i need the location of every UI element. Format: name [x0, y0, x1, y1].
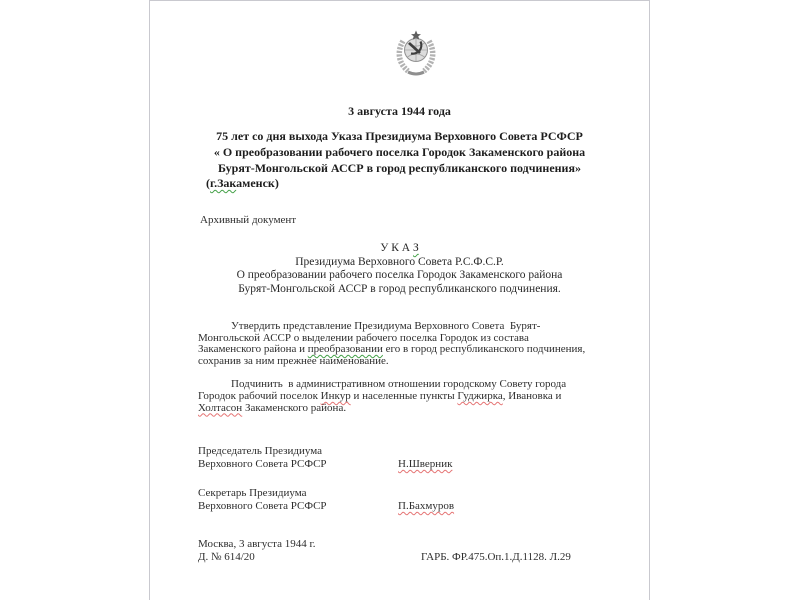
anniversary-line-2: « О преобразовании рабочего поселка Горо…	[150, 144, 649, 160]
body-line: Холтасон Закаменского района.	[198, 403, 638, 415]
spellcheck-marked-word: Гуджирка	[457, 390, 502, 402]
anniversary-line-1: 75 лет со дня выхода Указа Президиума Ве…	[150, 128, 649, 144]
body-text-segment: Городок рабочий поселок	[198, 390, 321, 402]
anniversary-line-3: Бурят-Монгольской АССР в город республик…	[150, 160, 649, 176]
footer-second-row: Д. № 614/20ГАРБ. ФР.475.Оп.1.Д.1128. Л.2…	[198, 551, 316, 564]
signature-title-line-1: Председатель Президиума	[198, 445, 327, 458]
soviet-coat-of-arms-icon	[393, 29, 439, 77]
city-post: аменск)	[236, 176, 279, 190]
signature-name: П.Бахмуров	[398, 500, 454, 513]
body-text-segment: Закаменского района и	[198, 343, 308, 355]
decree-subject-line-2: Бурят-Монгольской АССР в город республик…	[150, 283, 649, 297]
signature-chairman: Председатель Президиума Верховного Совет…	[198, 445, 327, 471]
body-text-segment: , Ивановка и	[503, 390, 562, 402]
document-date-heading: 3 августа 1944 года	[150, 104, 649, 119]
grammar-marked-word: преобразовании	[308, 343, 383, 355]
archive-document-label: Архивный документ	[200, 214, 296, 226]
signature-title-line-1: Секретарь Президиума	[198, 487, 327, 500]
body-line: Утвердить представление Президиума Верхо…	[198, 321, 638, 333]
archive-reference: ГАРБ. ФР.475.Оп.1.Д.1128. Л.29	[421, 551, 571, 564]
body-line: сохранив за ним прежнее наименование.	[198, 356, 638, 368]
signature-title-line-2: Верховного Совета РСФСР	[198, 500, 327, 512]
signature-title-row: Верховного Совета РСФСРП.Бахмуров	[198, 500, 327, 513]
decree-heading-block: У К А З Президиума Верховного Совета Р.С…	[150, 242, 649, 296]
decree-subtitle: Президиума Верховного Совета Р.С.Ф.С.Р.	[150, 256, 649, 270]
spellcheck-marked-word: Холтасон	[198, 402, 242, 414]
body-text-segment: Закаменского района.	[242, 402, 346, 414]
signature-title-row: Верховного Совета РСФСРН.Шверник	[198, 458, 327, 471]
decree-body: Утвердить представление Президиума Верхо…	[198, 321, 638, 414]
body-text-segment: его в город республиканского подчинения,	[383, 343, 585, 355]
decree-title-marked: З	[413, 242, 419, 254]
decree-title-pre: У К А	[380, 242, 413, 254]
city-misspell-marked: г.Зак	[210, 176, 236, 190]
signature-secretary: Секретарь Президиума Верховного Совета Р…	[198, 487, 327, 513]
city-name-line: (г.Закаменск)	[206, 176, 279, 191]
document-page: 3 августа 1944 года 75 лет со дня выхода…	[149, 0, 650, 600]
document-footer: Москва, 3 августа 1944 г. Д. № 614/20ГАР…	[198, 538, 316, 564]
signature-title-line-2: Верховного Совета РСФСР	[198, 458, 327, 470]
anniversary-heading: 75 лет со дня выхода Указа Президиума Ве…	[150, 128, 649, 176]
spellcheck-marked-word: Инкур	[321, 390, 351, 402]
doc-number: Д. № 614/20	[198, 551, 255, 563]
place-date-line: Москва, 3 августа 1944 г.	[198, 538, 316, 551]
paragraph-resolution: Утвердить представление Президиума Верхо…	[198, 321, 638, 367]
decree-subject-line-1: О преобразовании рабочего поселка Городо…	[150, 269, 649, 283]
paragraph-subordination: Подчинить в административном отношении г…	[198, 379, 638, 414]
body-text-segment: и населенные пункты	[351, 390, 458, 402]
decree-title: У К А З	[150, 242, 649, 256]
signature-name: Н.Шверник	[398, 458, 452, 471]
